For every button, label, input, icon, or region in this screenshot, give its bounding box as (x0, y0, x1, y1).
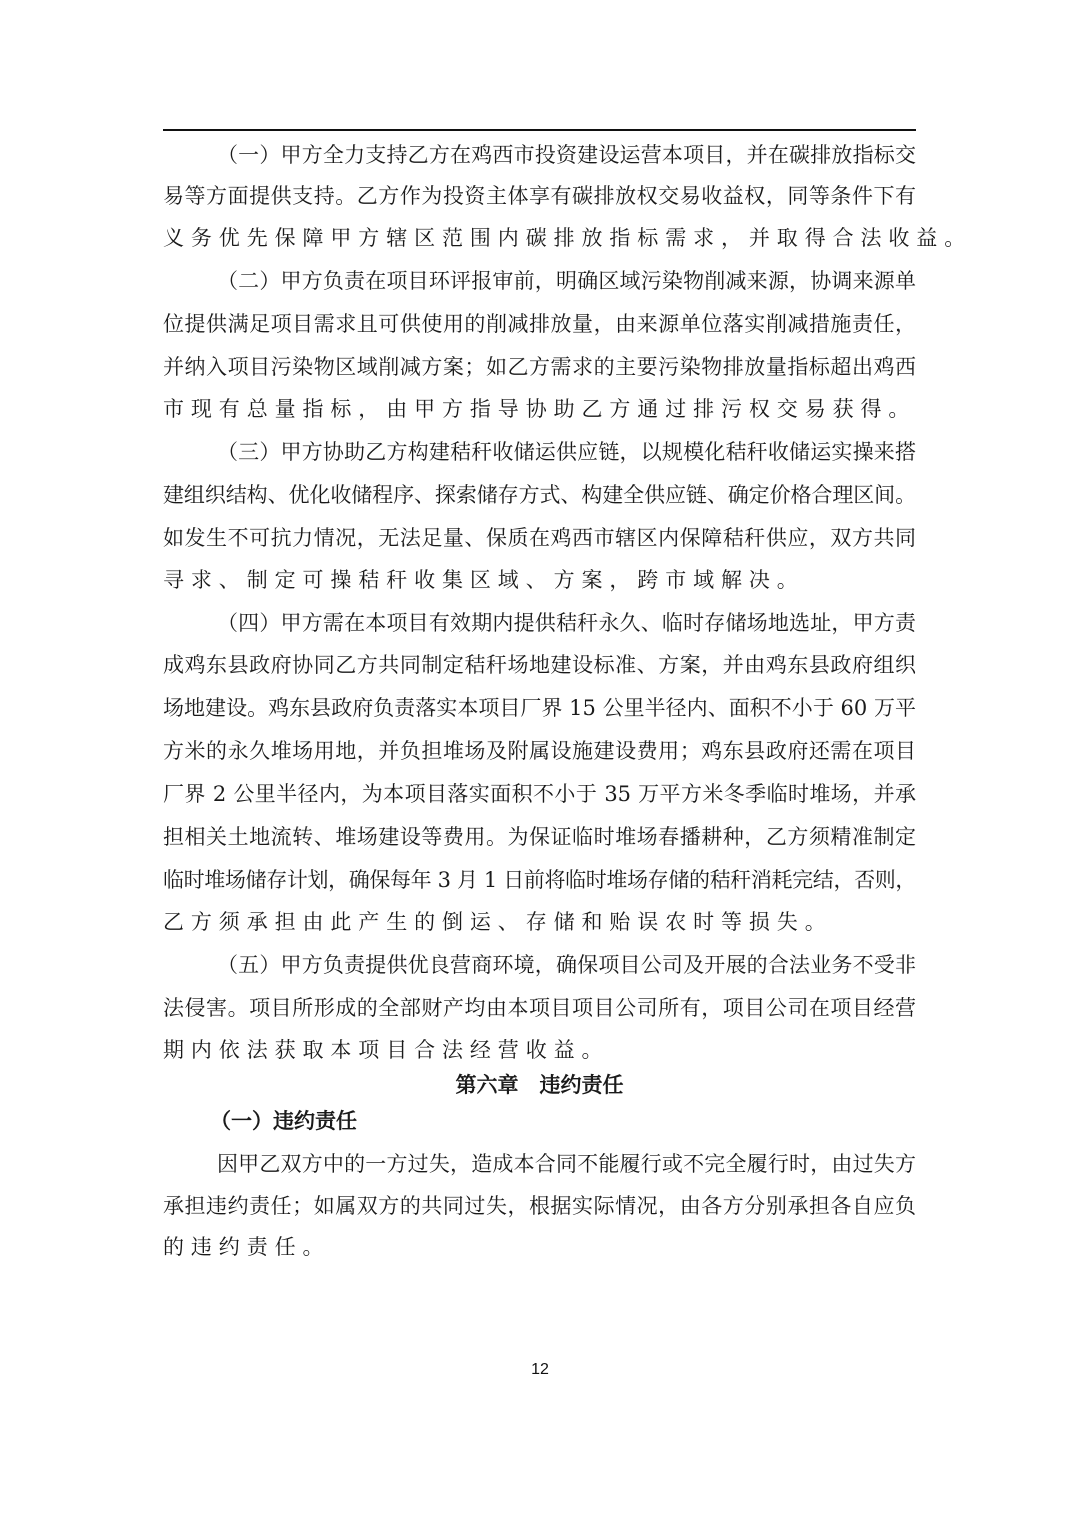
text-line: 临时堆场储存计划，确保每年 3 月 1 日前将临时堆场存储的秸秆消耗完结，否则， (163, 865, 916, 895)
text-line: 的违约责任。 (163, 1232, 916, 1262)
text-line: 易等方面提供支持。乙方作为投资主体享有碳排放权交易收益权，同等条件下有 (163, 181, 916, 211)
text-line: （三）甲方协助乙方构建秸秆收储运供应链，以规模化秸秆收储运实操来搭 (217, 437, 916, 467)
text-line: 位提供满足项目需求且可供使用的削减排放量，由来源单位落实削减措施责任， (163, 309, 916, 339)
text-line: 建组织结构、优化收储程序、探索储存方式、构建全供应链、确定价格合理区间。 (163, 480, 916, 510)
text-line: 乙方须承担由此产生的倒运、存储和贻误农时等损失。 (163, 907, 916, 937)
text-line: 法侵害。项目所形成的全部财产均由本项目项目公司所有，项目公司在项目经营 (163, 993, 916, 1023)
text-line: 期内依法获取本项目合法经营收益。 (163, 1035, 916, 1065)
text-line: 承担违约责任；如属双方的共同过失，根据实际情况，由各方分别承担各自应负 (163, 1191, 916, 1221)
text-line: 并纳入项目污染物区域削减方案；如乙方需求的主要污染物排放量指标超出鸡西 (163, 352, 916, 382)
text-line: 因甲乙双方中的一方过失，造成本合同不能履行或不完全履行时，由过失方 (217, 1149, 916, 1179)
section-heading: （一）违约责任 (210, 1106, 357, 1136)
text-line: 方米的永久堆场用地，并负担堆场及附属设施建设费用；鸡东县政府还需在项目 (163, 736, 916, 766)
text-line: 成鸡东县政府协同乙方共同制定秸秆场地建设标准、方案，并由鸡东县政府组织 (163, 650, 916, 680)
text-line: 担相关土地流转、堆场建设等费用。为保证临时堆场春播耕种，乙方须精准制定 (163, 822, 916, 852)
text-line: 厂界 2 公里半径内，为本项目落实面积不小于 35 万平方米冬季临时堆场，并承 (163, 779, 916, 809)
text-line: 场地建设。鸡东县政府负责落实本项目厂界 15 公里半径内、面积不小于 60 万平 (163, 693, 916, 723)
page-number: 12 (0, 1361, 1080, 1379)
text-line: 寻求、制定可操秸秆收集区域、方案，跨市域解决。 (163, 565, 916, 595)
text-line: 义务优先保障甲方辖区范围内碳排放指标需求，并取得合法收益。 (163, 223, 916, 253)
text-line: （一）甲方全力支持乙方在鸡西市投资建设运营本项目，并在碳排放指标交 (217, 140, 916, 170)
text-line: （四）甲方需在本项目有效期内提供秸秆永久、临时存储场地选址，甲方责 (217, 608, 916, 638)
text-line: （五）甲方负责提供优良营商环境，确保项目公司及开展的合法业务不受非 (217, 950, 916, 980)
text-line: （二）甲方负责在项目环评报审前，明确区域污染物削减来源，协调来源单 (217, 266, 916, 296)
header-rule (163, 129, 916, 131)
chapter-heading: 第六章 违约责任 (163, 1070, 916, 1100)
text-line: 市现有总量指标，由甲方指导协助乙方通过排污权交易获得。 (163, 394, 916, 424)
text-line: 如发生不可抗力情况，无法足量、保质在鸡西市辖区内保障秸秆供应，双方共同 (163, 523, 916, 553)
